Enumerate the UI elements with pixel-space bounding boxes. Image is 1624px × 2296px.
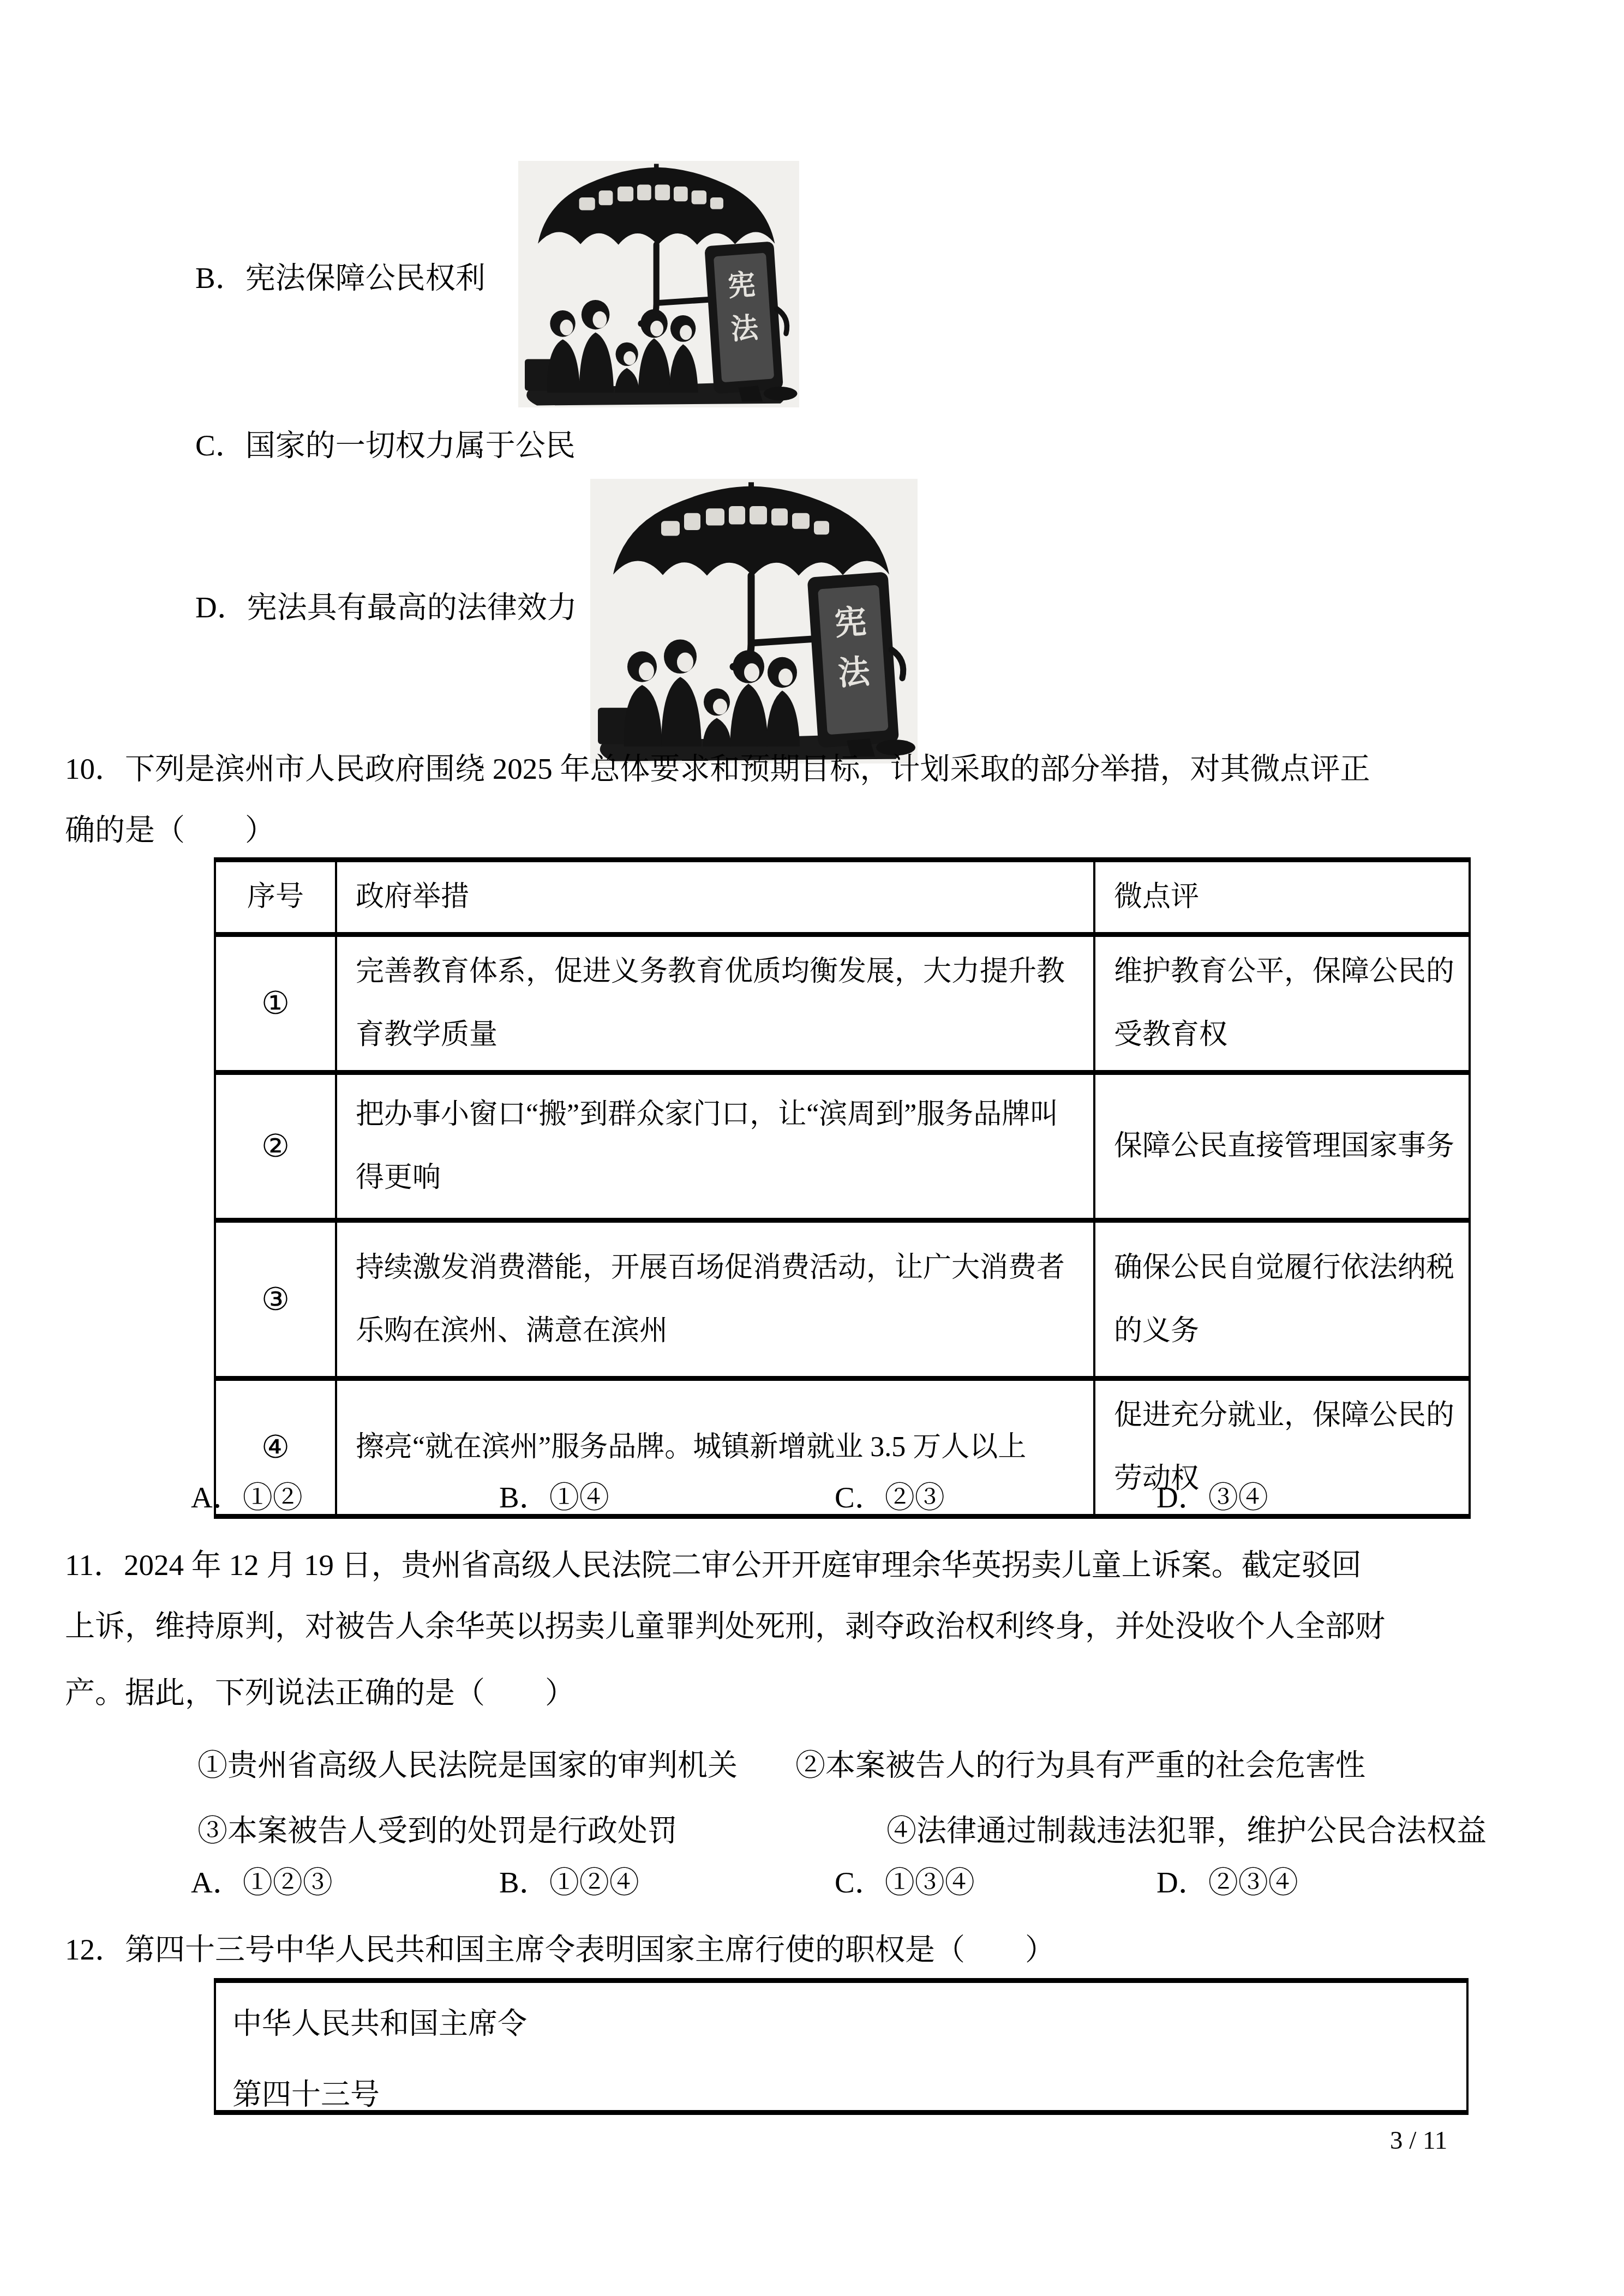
q11-statement-2: ②本案被告人的行为具有严重的社会危害性 bbox=[795, 1748, 1365, 1783]
cartoon-2-svg: 宪 法 bbox=[590, 479, 918, 764]
q10-option-a: A．①② bbox=[191, 1480, 303, 1515]
row-measure: 把办事小窗口“搬”到群众家门口，让“滨周到”服务品牌叫得更响 bbox=[336, 1073, 1094, 1221]
q11-statement-1: ①贵州省高级人民法院是国家的审判机关 bbox=[197, 1748, 738, 1783]
q9-option-d: D．宪法具有最高的法律效力 bbox=[195, 590, 577, 625]
q10-option-b: B．①④ bbox=[499, 1480, 609, 1515]
q11-stem-line2: 上诉，维持原判，对被告人余华英以拐卖儿童罪判处死刑，剥夺政治权利终身，并处没收个… bbox=[65, 1609, 1385, 1644]
row-measure: 完善教育体系，促进义务教育优质均衡发展，大力提升教育教学质量 bbox=[336, 935, 1094, 1073]
q11-option-a: A．①②③ bbox=[191, 1865, 333, 1900]
q10-stem-line2: 确的是（ ） bbox=[65, 813, 275, 848]
tablet-char-bottom: 法 bbox=[837, 653, 871, 692]
decree-box-line1: 中华人民共和国主席令 bbox=[232, 2000, 527, 2042]
q10-option-c: C．②③ bbox=[835, 1480, 945, 1515]
q10-measures-table: 序号 政府举措 微点评 ① 完善教育体系，促进义务教育优质均衡发展，大力提升教育… bbox=[214, 857, 1471, 1519]
header-num: 序号 bbox=[215, 860, 336, 935]
row-num: ③ bbox=[215, 1221, 336, 1379]
q11-stem-line1: 11．2024 年 12 月 19 日，贵州省高级人民法院二审公开开庭审理余华英… bbox=[65, 1548, 1362, 1583]
table-header-row: 序号 政府举措 微点评 bbox=[215, 860, 1470, 935]
header-measure: 政府举措 bbox=[336, 860, 1094, 935]
q11-statement-4: ④法律通过制裁违法犯罪，维护公民合法权益 bbox=[886, 1813, 1487, 1848]
tablet-char-bottom: 法 bbox=[730, 312, 759, 346]
exam-page: 宪 法 B．宪法保障公民权利 C．国家的一切权力属于公民 bbox=[0, 0, 1624, 2296]
q11-statement-3: ③本案被告人受到的处罚是行政处罚 bbox=[197, 1813, 678, 1848]
table-row: ① 完善教育体系，促进义务教育优质均衡发展，大力提升教育教学质量 维护教育公平，… bbox=[215, 935, 1470, 1073]
q10-option-d: D．③④ bbox=[1156, 1480, 1268, 1515]
table-row: ③ 持续激发消费潜能，开展百场促消费活动，让广大消费者乐购在滨州、满意在滨州 确… bbox=[215, 1221, 1470, 1379]
cartoon-1-svg: 宪 法 bbox=[518, 161, 799, 407]
row-num: ① bbox=[215, 935, 336, 1073]
row-comment: 维护教育公平，保障公民的受教育权 bbox=[1094, 935, 1470, 1073]
q11-option-c: C．①③④ bbox=[835, 1865, 975, 1900]
q11-option-b: B．①②④ bbox=[499, 1865, 639, 1900]
q10-stem-line1: 10．下列是滨州市人民政府围绕 2025 年总体要求和预期目标，计划采取的部分举… bbox=[65, 752, 1370, 786]
header-comment: 微点评 bbox=[1094, 860, 1470, 935]
row-comment: 保障公民直接管理国家事务 bbox=[1094, 1073, 1470, 1221]
tablet-char-top: 宪 bbox=[727, 269, 757, 303]
decree-box-line2: 第四十三号 bbox=[232, 2071, 380, 2113]
tablet-char-top: 宪 bbox=[834, 603, 867, 642]
constitution-umbrella-cartoon-2: 宪 法 bbox=[590, 479, 918, 764]
row-comment: 促进充分就业，保障公民的劳动权 bbox=[1094, 1379, 1470, 1517]
row-measure: 擦亮“就在滨州”服务品牌。城镇新增就业 3.5 万人以上 bbox=[336, 1379, 1094, 1517]
presidential-decree-box: 中华人民共和国主席令 第四十三号 bbox=[214, 1978, 1469, 2115]
q11-option-d: D．②③④ bbox=[1156, 1865, 1298, 1900]
row-comment: 确保公民自觉履行依法纳税的义务 bbox=[1094, 1221, 1470, 1379]
q9-option-c: C．国家的一切权力属于公民 bbox=[195, 428, 576, 463]
row-num: ② bbox=[215, 1073, 336, 1221]
row-measure: 持续激发消费潜能，开展百场促消费活动，让广大消费者乐购在滨州、满意在滨州 bbox=[336, 1221, 1094, 1379]
q12-stem: 12．第四十三号中华人民共和国主席令表明国家主席行使的职权是（ ） bbox=[65, 1932, 1055, 1967]
constitution-umbrella-cartoon-1: 宪 法 bbox=[518, 161, 799, 407]
page-number: 3 / 11 bbox=[1390, 2126, 1447, 2155]
q11-stem-line3: 产。据此，下列说法正确的是（ ） bbox=[65, 1675, 575, 1710]
table-row: ② 把办事小窗口“搬”到群众家门口，让“滨周到”服务品牌叫得更响 保障公民直接管… bbox=[215, 1073, 1470, 1221]
q9-option-b: B．宪法保障公民权利 bbox=[195, 261, 486, 296]
